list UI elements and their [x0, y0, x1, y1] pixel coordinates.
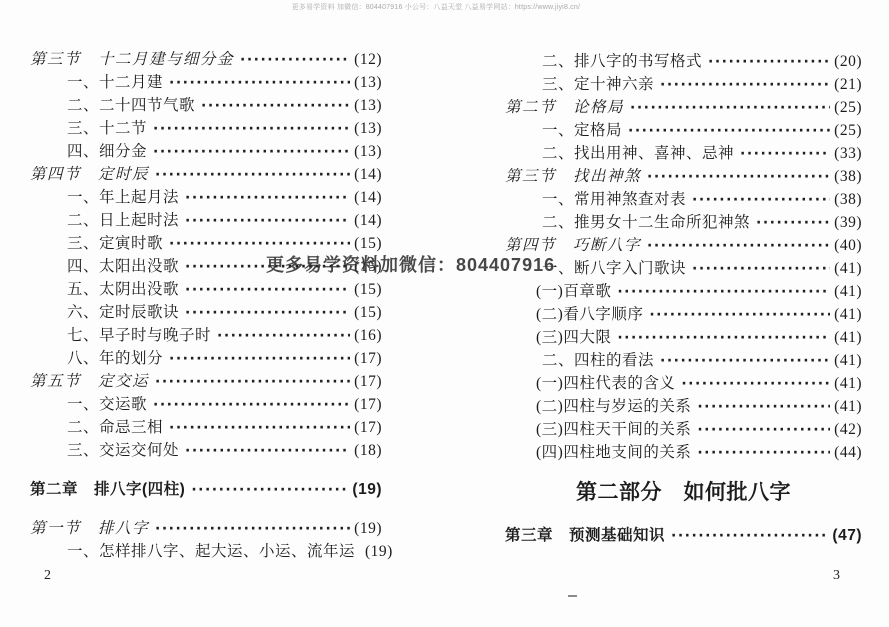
toc-entry-page: (13): [354, 140, 382, 163]
dot-leader: [692, 188, 830, 212]
dot-leader: [185, 301, 350, 325]
toc-entry-page: (13): [354, 94, 382, 117]
toc-entry-section: 第五节 定交运 (17): [30, 370, 382, 393]
toc-entry-item: 八、年的划分 (17): [30, 347, 382, 370]
toc-entry-item: 六、定时辰歌诀 (15): [30, 301, 382, 324]
toc-entry-label: (一)四柱代表的含义: [536, 372, 675, 395]
dot-leader: [169, 347, 350, 371]
dot-leader: [681, 372, 830, 396]
toc-entry-label: 二、日上起时法: [67, 209, 179, 232]
dot-leader: [660, 73, 830, 97]
dot-leader: [153, 117, 350, 141]
toc-entry-page: (13): [354, 71, 382, 94]
dot-leader: [697, 418, 830, 442]
toc-entry-item: 二、日上起时法 (14): [30, 209, 382, 232]
toc-entry-page: (15): [354, 301, 382, 324]
toc-entry-label: 五、太阴出没歌: [67, 278, 179, 301]
dot-leader: [201, 94, 350, 118]
toc-entry-label: 二、排八字的书写格式: [542, 50, 702, 73]
toc-entry-label: 三、定十神六亲: [542, 73, 654, 96]
toc-entry-item: 二、四柱的看法 (41): [505, 349, 862, 372]
toc-entry-page: (41): [834, 395, 862, 418]
toc-entry-page: (41): [834, 372, 862, 395]
toc-entry-label: 第二部分 如何批八字: [576, 480, 791, 506]
toc-entry-page: (25): [834, 119, 862, 142]
toc-entry-page: (39): [834, 211, 862, 234]
toc-entry-label: 二、二十四节气歌: [67, 94, 195, 117]
toc-entry-page: (18): [354, 439, 382, 462]
toc-entry-page: (44): [834, 441, 862, 464]
toc-entry-page: (14): [354, 186, 382, 209]
dot-leader: [756, 211, 830, 235]
toc-entry-page: (17): [354, 370, 382, 393]
toc-entry-label: 四、细分金: [67, 140, 147, 163]
scanned-toc-page: { "scan": { "top_watermark": "更多易学资料 加微信…: [0, 0, 889, 627]
dot-leader: [169, 416, 350, 440]
toc-entry-page: (25): [834, 96, 862, 119]
toc-entry-item: 三、定十神六亲 (21): [505, 73, 862, 96]
toc-entry-section: 第四节 定时辰 (14): [30, 163, 382, 186]
toc-entry-label: 三、定寅时歌: [67, 232, 163, 255]
toc-entry-page: (41): [834, 349, 862, 372]
toc-entry-label: 八、年的划分: [67, 347, 163, 370]
toc-entry-section: 第二节 论格局 (25): [505, 96, 862, 119]
toc-entry-item: 三、交运交何处 (18): [30, 439, 382, 462]
toc-entry-item: 一、十二月建 (13): [30, 71, 382, 94]
dot-leader: [617, 280, 830, 304]
toc-entry-page: (38): [834, 188, 862, 211]
toc-entry-item: 四、细分金 (13): [30, 140, 382, 163]
toc-entry-item: 二、二十四节气歌 (13): [30, 94, 382, 117]
toc-entry-subitem: (二)四柱与岁运的关系 (41): [505, 395, 862, 418]
toc-entry-chapter: 第三章 预测基础知识 (47): [505, 524, 862, 547]
toc-entry-subitem: (二)看八字顺序 (41): [505, 303, 862, 326]
toc-entry-label: 第三章 预测基础知识: [505, 524, 665, 547]
dot-leader: [217, 324, 350, 348]
scan-artifact: [568, 595, 577, 597]
dot-leader: [647, 234, 830, 258]
toc-entry-section: 第一节 排八字 (19): [30, 517, 382, 540]
toc-entry-label: 二、找出用神、喜神、忌神: [542, 142, 734, 165]
toc-entry-page: (17): [354, 393, 382, 416]
toc-entry-chapter: 第二章 排八字(四柱) (19): [30, 478, 382, 501]
dot-leader: [153, 393, 350, 417]
toc-entry-page: (20): [834, 50, 862, 73]
toc-entry-subitem: (一)百章歌 (41): [505, 280, 862, 303]
dot-leader: [155, 517, 350, 541]
dot-leader: [169, 71, 350, 95]
dot-leader: [740, 142, 830, 166]
toc-entry-label: 三、交运交何处: [67, 439, 179, 462]
dot-leader: [185, 278, 350, 302]
toc-entry-item: 二、推男女十二生命所犯神煞 (39): [505, 211, 862, 234]
toc-entry-label: 四、太阳出没歌: [67, 255, 179, 278]
toc-entry-label: 二、四柱的看法: [542, 349, 654, 372]
toc-entry-item: 五、太阴出没歌 (15): [30, 278, 382, 301]
toc-entry-page: (47): [832, 524, 862, 547]
toc-entry-label: 一、定格局: [542, 119, 622, 142]
toc-entry-label: 一、常用神煞查对表: [542, 188, 686, 211]
toc-entry-label: 三、十二节: [67, 117, 147, 140]
toc-entry-item: 一、年上起月法 (14): [30, 186, 382, 209]
toc-entry-label: 六、定时辰歌诀: [67, 301, 179, 324]
toc-entry-page: (33): [834, 142, 862, 165]
toc-entry-part: 第二部分 如何批八字: [505, 480, 862, 506]
toc-entry-label: 一、交运歌: [67, 393, 147, 416]
dot-leader: [647, 165, 830, 189]
dot-leader: [185, 209, 350, 233]
right-page-number: 3: [833, 568, 840, 584]
toc-entry-item: 一、定格局 (25): [505, 119, 862, 142]
toc-entry-page: (38): [834, 165, 862, 188]
toc-entry-label: (二)四柱与岁运的关系: [536, 395, 691, 418]
toc-entry-item: 一、怎样排八字、起大运、小运、流年运 (19): [30, 540, 382, 563]
dot-leader: [671, 524, 828, 548]
toc-entry-subitem: (一)四柱代表的含义 (41): [505, 372, 862, 395]
toc-entry-page: (41): [834, 303, 862, 326]
left-page-number: 2: [44, 568, 51, 584]
toc-entry-page: (41): [834, 326, 862, 349]
toc-entry-page: (14): [354, 209, 382, 232]
toc-entry-subitem: (三)四大限 (41): [505, 326, 862, 349]
dot-leader: [240, 48, 350, 72]
toc-entry-page: (19): [352, 478, 382, 501]
toc-entry-label: 一、怎样排八字、起大运、小运、流年运: [67, 540, 355, 563]
dot-leader: [153, 140, 350, 164]
toc-entry-section: 第三节 找出神煞 (38): [505, 165, 862, 188]
toc-entry-label: (二)看八字顺序: [536, 303, 643, 326]
toc-entry-label: (三)四大限: [536, 326, 611, 349]
toc-entry-page: (41): [834, 257, 862, 280]
toc-entry-label: 一、年上起月法: [67, 186, 179, 209]
dot-leader: [617, 326, 830, 350]
toc-entry-label: (三)四柱天干间的关系: [536, 418, 691, 441]
dot-leader: [155, 370, 350, 394]
dot-leader: [697, 441, 830, 465]
toc-entry-page: (16): [354, 324, 382, 347]
top-watermark-text: 更多易学资料 加微信：804407916 小公号：八益天堂 八益易学网站：htt…: [292, 2, 581, 12]
toc-entry-label: 第五节 定交运: [30, 370, 149, 393]
toc-entry-page: (19): [365, 540, 393, 563]
toc-entry-page: (19): [354, 517, 382, 540]
toc-entry-page: (21): [834, 73, 862, 96]
dot-leader: [628, 119, 830, 143]
dot-leader: [697, 395, 830, 419]
right-page-toc: 二、排八字的书写格式 (20) 三、定十神六亲 (21) 第二节 论格局 (25…: [505, 50, 862, 563]
toc-entry-item: 二、命忌三相 (17): [30, 416, 382, 439]
toc-entry-page: (12): [354, 48, 382, 71]
toc-entry-label: 一、断八字入门歌诀: [542, 257, 686, 280]
toc-entry-page: (14): [354, 163, 382, 186]
toc-entry-label: 第四节 定时辰: [30, 163, 149, 186]
toc-entry-item: 二、排八字的书写格式 (20): [505, 50, 862, 73]
dot-leader: [660, 349, 830, 373]
dot-leader: [649, 303, 830, 327]
toc-entry-label: (一)百章歌: [536, 280, 611, 303]
toc-entry-label: 一、十二月建: [67, 71, 163, 94]
left-page-toc: 第三节 十二月建与细分金 (12) 一、十二月建 (13) 二、二十四节气歌 (…: [30, 48, 382, 563]
toc-entry-item: 七、早子时与晚子时 (16): [30, 324, 382, 347]
toc-entry-subitem: (三)四柱天干间的关系 (42): [505, 418, 862, 441]
toc-entry-item: 二、找出用神、喜神、忌神 (33): [505, 142, 862, 165]
dot-leader: [185, 439, 350, 463]
toc-entry-label: 第三节 十二月建与细分金: [30, 48, 234, 71]
toc-entry-label: 第一节 排八字: [30, 517, 149, 540]
toc-entry-section: 第三节 十二月建与细分金 (12): [30, 48, 382, 71]
dot-leader: [185, 186, 350, 210]
dot-leader: [708, 50, 830, 74]
dot-leader: [692, 257, 830, 281]
toc-entry-page: (40): [834, 234, 862, 257]
toc-entry-page: (17): [354, 416, 382, 439]
toc-entry-label: 七、早子时与晚子时: [67, 324, 211, 347]
toc-entry-label: 第二节 论格局: [505, 96, 624, 119]
toc-entry-item: 一、常用神煞查对表 (38): [505, 188, 862, 211]
toc-entry-subitem: (四)四柱地支间的关系 (44): [505, 441, 862, 464]
dot-leader: [630, 96, 830, 120]
dot-leader: [155, 163, 350, 187]
toc-entry-item: 三、十二节 (13): [30, 117, 382, 140]
toc-entry-page: (42): [834, 418, 862, 441]
dot-leader: [191, 478, 348, 502]
toc-entry-label: 第二章 排八字(四柱): [30, 478, 185, 501]
toc-entry-item: 一、断八字入门歌诀 (41): [505, 257, 862, 280]
toc-entry-label: 第三节 找出神煞: [505, 165, 641, 188]
center-watermark-text: 更多易学资料加微信：804407916: [266, 251, 555, 277]
toc-entry-item: 一、交运歌 (17): [30, 393, 382, 416]
toc-entry-label: (四)四柱地支间的关系: [536, 441, 691, 464]
toc-entry-page: (41): [834, 280, 862, 303]
toc-entry-label: 二、推男女十二生命所犯神煞: [542, 211, 750, 234]
toc-entry-page: (15): [354, 278, 382, 301]
toc-entry-page: (17): [354, 347, 382, 370]
toc-entry-page: (13): [354, 117, 382, 140]
toc-entry-section: 第四节 巧断八字 (40): [505, 234, 862, 257]
toc-entry-label: 二、命忌三相: [67, 416, 163, 439]
